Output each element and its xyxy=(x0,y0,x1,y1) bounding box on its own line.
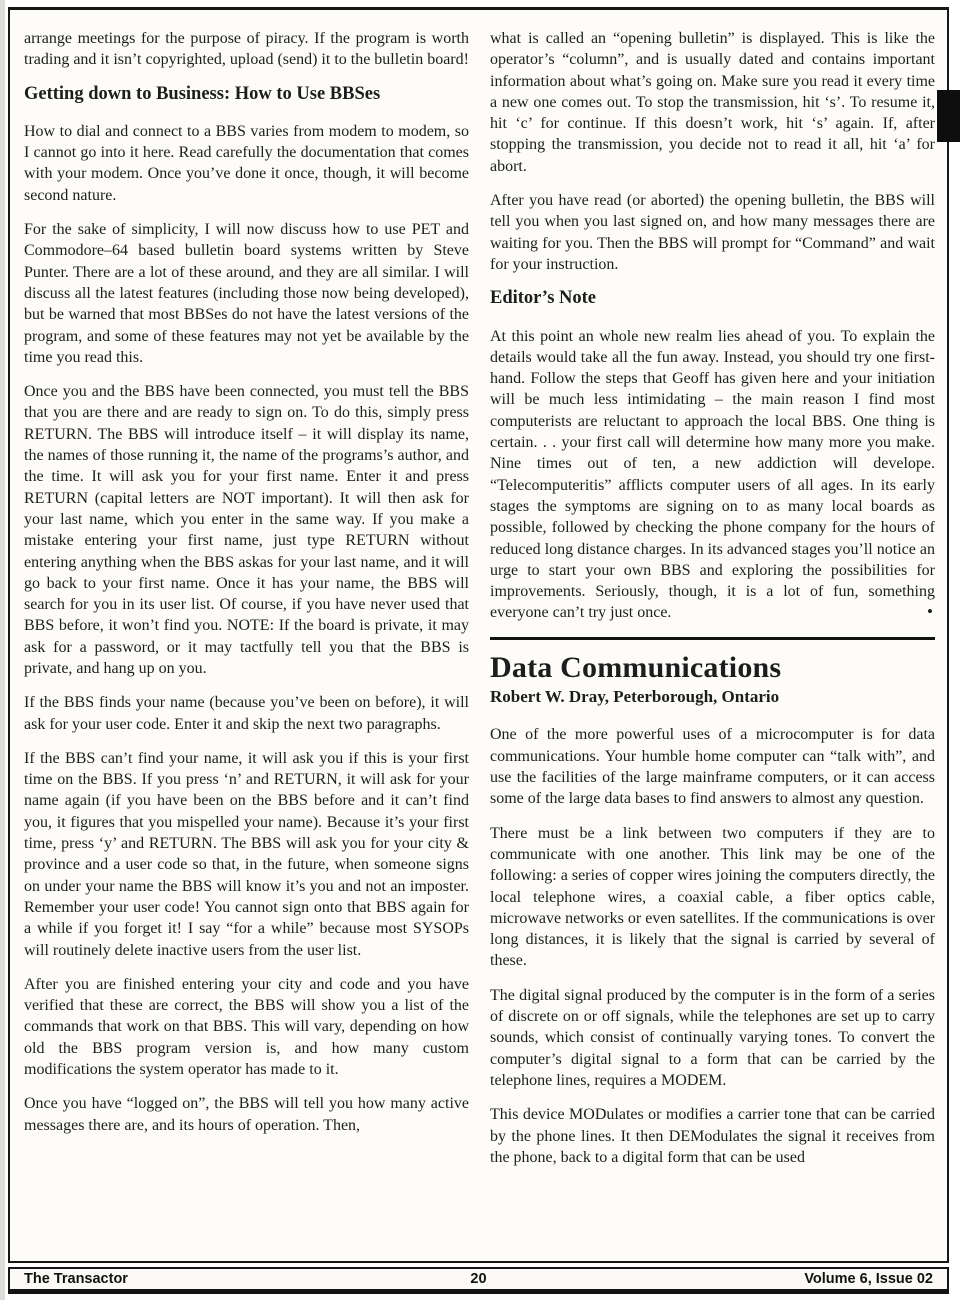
page-frame: arrange meetings for the purpose of pira… xyxy=(8,7,949,1263)
left-column: arrange meetings for the purpose of pira… xyxy=(24,28,469,1261)
scan-artifact-blob xyxy=(937,90,960,142)
footer-issue-label: Volume 6, Issue 02 xyxy=(804,1271,933,1287)
right-column: what is called an “opening bulletin” is … xyxy=(490,28,935,1261)
paragraph-command-prompt: After you have read (or aborted) the ope… xyxy=(490,190,935,275)
scan-edge xyxy=(0,0,5,1300)
footer-page-number: 20 xyxy=(470,1271,486,1287)
paragraph-logged-on: Once you have “logged on”, the BBS will … xyxy=(24,1093,469,1136)
paragraph-link-between-computers: There must be a link between two compute… xyxy=(490,823,935,972)
article-title-data-communications: Data Communications xyxy=(490,652,935,684)
section-heading-editors-note: Editor’s Note xyxy=(490,288,935,309)
paragraph-how-to-dial: How to dial and connect to a BBS varies … xyxy=(24,121,469,206)
editors-note-text: At this point an whole new realm lies ah… xyxy=(490,328,935,622)
paragraph-opening-bulletin: what is called an “opening bulletin” is … xyxy=(490,28,935,177)
paragraph-city-and-code: After you are finished entering your cit… xyxy=(24,974,469,1080)
paragraph-powerful-uses: One of the more powerful uses of a micro… xyxy=(490,724,935,809)
paragraph-sign-on-procedure: Once you and the BBS have been connected… xyxy=(24,381,469,679)
page-footer: The Transactor 20 Volume 6, Issue 02 xyxy=(8,1267,949,1294)
paragraph-modulates: This device MODulates or modifies a carr… xyxy=(490,1104,935,1168)
paragraph-digital-signal: The digital signal produced by the compu… xyxy=(490,985,935,1091)
paragraph-bbs-finds-name: If the BBS finds your name (because you’… xyxy=(24,692,469,735)
paragraph-bbs-cant-find-name: If the BBS can’t find your name, it will… xyxy=(24,748,469,961)
footer-journal-title: The Transactor xyxy=(24,1271,128,1287)
paragraph-piracy-continuation: arrange meetings for the purpose of pira… xyxy=(24,28,469,71)
paragraph-editors-note: At this point an whole new realm lies ah… xyxy=(490,326,935,624)
article-byline: Robert W. Dray, Peterborough, Ontario xyxy=(490,686,935,707)
paragraph-sake-of-simplicity: For the sake of simplicity, I will now d… xyxy=(24,219,469,368)
section-heading-getting-down-to-business: Getting down to Business: How to Use BBS… xyxy=(24,84,469,105)
end-of-article-bullet-icon: • xyxy=(927,601,933,622)
section-divider-rule xyxy=(490,637,935,640)
